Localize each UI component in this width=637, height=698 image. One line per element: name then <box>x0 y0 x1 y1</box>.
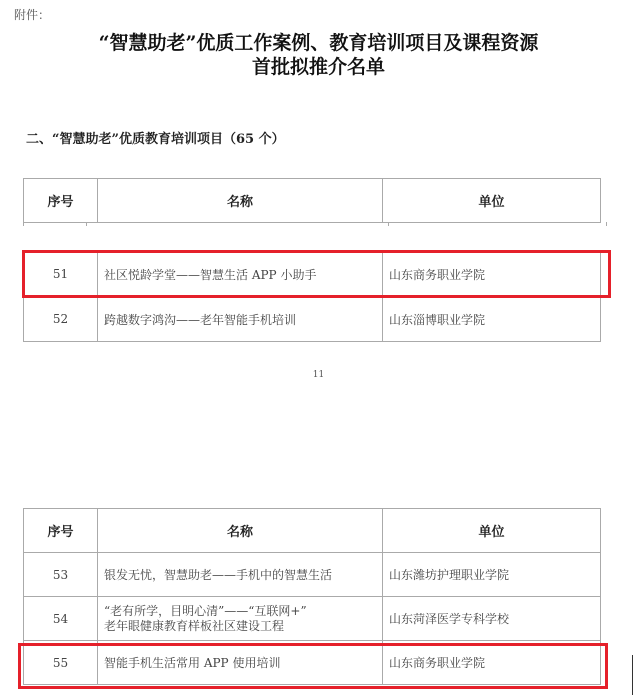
table-cut-divider <box>86 222 87 226</box>
document-title-line1: “智慧助老”优质工作案例、教育培训项目及课程资源 <box>0 28 637 55</box>
table-row: 52 跨越数字鸿沟——老年智能手机培训 山东淄博职业学院 <box>24 297 601 342</box>
header-num: 序号 <box>24 179 98 223</box>
section-heading: 二、“智慧助老”优质教育培训项目（65 个） <box>26 128 285 147</box>
row-num: 53 <box>24 553 98 597</box>
row-unit: 山东潍坊护理职业学院 <box>383 553 601 597</box>
page-number: 11 <box>0 370 637 380</box>
header-name: 名称 <box>98 179 383 223</box>
highlight-box-row-55 <box>18 643 608 689</box>
row-name: 银发无忧，智慧助老——手机中的智慧生活 <box>98 553 383 597</box>
row-name: 跨越数字鸿沟——老年智能手机培训 <box>98 297 383 342</box>
table-header-row: 序号 名称 单位 <box>24 179 601 223</box>
row-unit: 山东淄博职业学院 <box>383 297 601 342</box>
row-name-line1: “老有所学，目明心清”——“互联网+” <box>104 604 376 619</box>
edge-marker <box>632 655 633 695</box>
table-row: 54 “老有所学，目明心清”——“互联网+” 老年眼健康教育样板社区建设工程 山… <box>24 597 601 641</box>
table-row: 53 银发无忧，智慧助老——手机中的智慧生活 山东潍坊护理职业学院 <box>24 553 601 597</box>
table-cut-divider <box>388 222 389 226</box>
table-header-row: 序号 名称 单位 <box>24 509 601 553</box>
highlight-box-row-51 <box>22 250 611 298</box>
row-name: “老有所学，目明心清”——“互联网+” 老年眼健康教育样板社区建设工程 <box>98 597 383 641</box>
header-name: 名称 <box>98 509 383 553</box>
document-title-line2: 首批拟推介名单 <box>0 52 637 79</box>
row-num: 54 <box>24 597 98 641</box>
row-name-line2: 老年眼健康教育样板社区建设工程 <box>104 619 376 634</box>
table-page1-header: 序号 名称 单位 <box>23 178 601 223</box>
table-cut-edge <box>23 222 607 226</box>
row-unit: 山东菏泽医学专科学校 <box>383 597 601 641</box>
header-num: 序号 <box>24 509 98 553</box>
attachment-label: 附件： <box>14 6 50 23</box>
header-unit: 单位 <box>383 179 601 223</box>
row-num: 52 <box>24 297 98 342</box>
header-unit: 单位 <box>383 509 601 553</box>
